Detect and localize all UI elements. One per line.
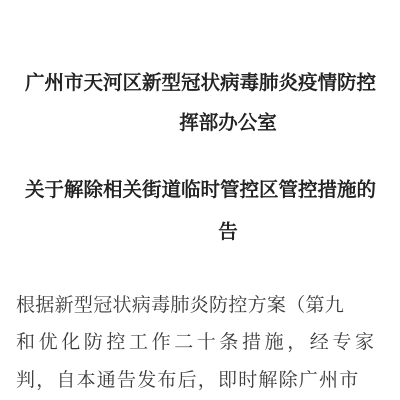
document-page: 广州市天河区新型冠状病毒肺炎疫情防控 挥部办公室 关于解除相关街道临时管控区管控… <box>0 0 400 400</box>
issuer-heading-line-1: 广州市天河区新型冠状病毒肺炎疫情防控 <box>25 72 376 94</box>
notice-title-line-1: 关于解除相关街道临时管控区管控措施的 <box>25 179 376 201</box>
issuer-heading-line-2: 挥部办公室 <box>0 112 400 134</box>
notice-title-line-2: 告 <box>0 221 400 243</box>
body-paragraph-line-2: 和优化防控工作二十条措施，经专家 <box>16 331 378 353</box>
body-paragraph-line-1: 根据新型冠状病毒肺炎防控方案（第九 <box>16 294 344 316</box>
body-paragraph-line-3: 判，自本通告发布后，即时解除广州市 <box>16 369 359 391</box>
